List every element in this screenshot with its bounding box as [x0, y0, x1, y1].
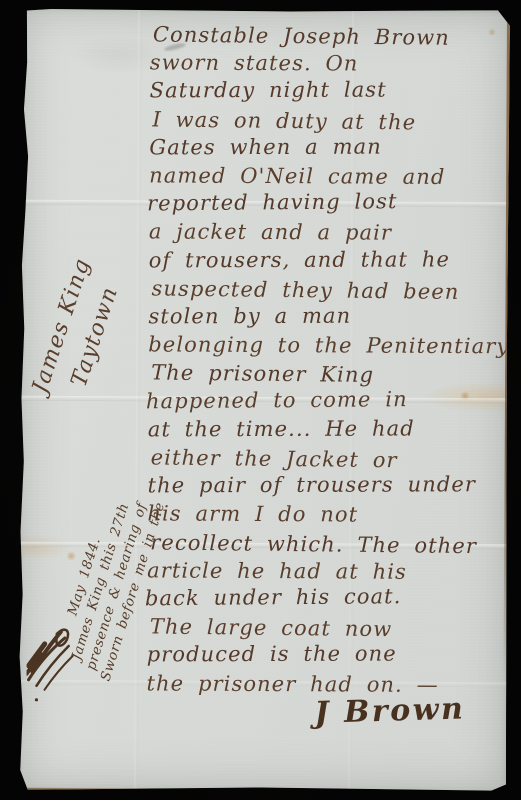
- manuscript-line: the pair of trousers under: [148, 470, 521, 500]
- manuscript-line: happened to come in: [146, 384, 521, 415]
- manuscript-line: produced is the one: [147, 640, 521, 670]
- manuscript-line: belonging to the Penitentiary.: [148, 331, 521, 361]
- photo-backdrop: Constable Joseph Brownsworn states. OnSa…: [0, 0, 521, 800]
- manuscript-line: Saturday night last: [150, 75, 521, 105]
- page-edge-sliver-bottom: [18, 788, 286, 791]
- manuscript-line: stolen by a man: [148, 301, 521, 331]
- manuscript-line: a jacket and a pair: [149, 218, 521, 248]
- manuscript-line: his arm I do not: [147, 500, 521, 530]
- manuscript-line: at the time... He had: [148, 414, 521, 444]
- deponent-signature: J Brown: [314, 691, 466, 730]
- manuscript-line: of trousers, and that he: [149, 245, 521, 275]
- manuscript-page: Constable Joseph Brownsworn states. OnSa…: [18, 8, 510, 793]
- deposition-text: Constable Joseph Brownsworn states. OnSa…: [146, 20, 521, 699]
- manuscript-line: recollect which. The other: [150, 528, 521, 560]
- ink-flourish-scribble: [26, 614, 78, 704]
- manuscript-line: back under his coat.: [145, 581, 520, 612]
- fold-crease-vertical: [134, 8, 142, 790]
- manuscript-line: Constable Joseph Brown: [153, 20, 521, 52]
- manuscript-line: reported having lost: [147, 186, 521, 217]
- manuscript-line: sworn states. On: [150, 49, 521, 79]
- manuscript-line: Gates when a man: [149, 132, 521, 162]
